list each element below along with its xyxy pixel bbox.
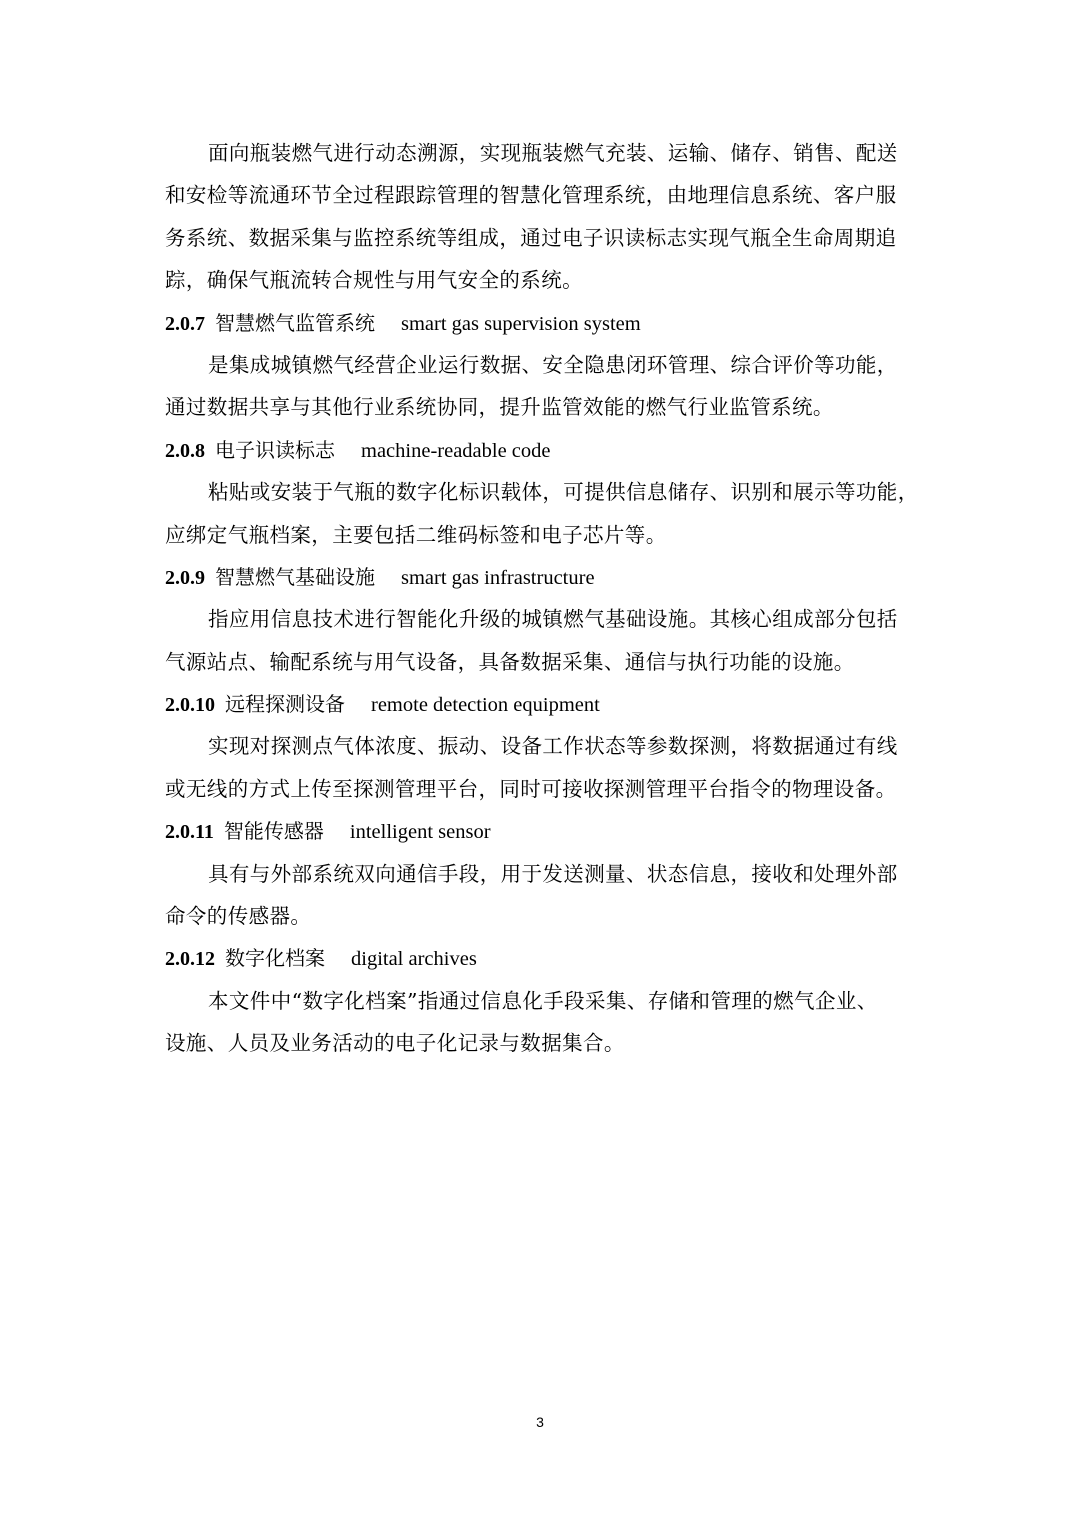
term-heading-2-0-8: 2.0.8电子识读标志machine-readable code [165,429,917,471]
term-english: intelligent sensor [350,821,491,843]
paragraph-line: 面向瓶装燃气进行动态溯源，实现瓶装燃气充装、运输、储存、销售、配送 [165,132,917,174]
term-chinese: 智慧燃气监管系统 [215,311,375,335]
paragraph-line: 踪，确保气瓶流转合规性与用气安全的系统。 [165,259,917,301]
term-english: remote detection equipment [371,694,600,716]
term-number: 2.0.11 [165,821,214,843]
paragraph-line: 粘贴或安装于气瓶的数字化标识载体，可提供信息储存、识别和展示等功能， [165,471,917,513]
paragraph-line: 和安检等流通环节全过程跟踪管理的智慧化管理系统，由地理信息系统、客户服 [165,174,917,216]
paragraph-digital-archives: 本文件中“数字化档案”指通过信息化手段采集、存储和管理的燃气企业、 设施、人员及… [165,980,917,1065]
term-english: machine-readable code [361,440,551,462]
paragraph-intelligent-sensor: 具有与外部系统双向通信手段，用于发送测量、状态信息，接收和处理外部 命令的传感器… [165,853,917,938]
paragraph-line: 命令的传感器。 [165,895,917,937]
paragraph-line: 是集成城镇燃气经营企业运行数据、安全隐患闭环管理、综合评价等功能， [165,344,917,386]
term-number: 2.0.12 [165,948,215,970]
term-chinese: 电子识读标志 [215,438,335,462]
term-number: 2.0.9 [165,567,205,589]
paragraph-machine-readable-code: 粘贴或安装于气瓶的数字化标识载体，可提供信息储存、识别和展示等功能， 应绑定气瓶… [165,471,917,556]
term-chinese: 数字化档案 [225,946,325,970]
document-page: 面向瓶装燃气进行动态溯源，实现瓶装燃气充装、运输、储存、销售、配送 和安检等流通… [165,132,917,1065]
page-number: 3 [0,1414,1080,1430]
term-heading-2-0-7: 2.0.7智慧燃气监管系统smart gas supervision syste… [165,302,917,344]
paragraph-smart-gas-infrastructure: 指应用信息技术进行智能化升级的城镇燃气基础设施。其核心组成部分包括 气源站点、输… [165,598,917,683]
paragraph-line: 指应用信息技术进行智能化升级的城镇燃气基础设施。其核心组成部分包括 [165,598,917,640]
paragraph-remote-detection-equipment: 实现对探测点气体浓度、振动、设备工作状态等参数探测，将数据通过有线 或无线的方式… [165,725,917,810]
paragraph-line: 通过数据共享与其他行业系统协同，提升监管效能的燃气行业监管系统。 [165,386,917,428]
term-heading-2-0-12: 2.0.12数字化档案digital archives [165,937,917,979]
paragraph-line: 设施、人员及业务活动的电子化记录与数据集合。 [165,1022,917,1064]
term-heading-2-0-10: 2.0.10远程探测设备remote detection equipment [165,683,917,725]
paragraph-line: 具有与外部系统双向通信手段，用于发送测量、状态信息，接收和处理外部 [165,853,917,895]
term-number: 2.0.10 [165,694,215,716]
paragraph-line: 本文件中“数字化档案”指通过信息化手段采集、存储和管理的燃气企业、 [165,980,917,1022]
term-english: smart gas supervision system [401,313,641,335]
paragraph-line: 应绑定气瓶档案，主要包括二维码标签和电子芯片等。 [165,514,917,556]
paragraph-line: 务系统、数据采集与监控系统等组成，通过电子识读标志实现气瓶全生命周期追 [165,217,917,259]
term-heading-2-0-11: 2.0.11智能传感器intelligent sensor [165,810,917,852]
paragraph-smart-gas-supervision: 是集成城镇燃气经营企业运行数据、安全隐患闭环管理、综合评价等功能， 通过数据共享… [165,344,917,429]
term-chinese: 智慧燃气基础设施 [215,565,375,589]
paragraph-bottled-gas-system: 面向瓶装燃气进行动态溯源，实现瓶装燃气充装、运输、储存、销售、配送 和安检等流通… [165,132,917,302]
paragraph-line: 或无线的方式上传至探测管理平台，同时可接收探测管理平台指令的物理设备。 [165,768,917,810]
term-chinese: 智能传感器 [224,819,324,843]
term-number: 2.0.7 [165,313,205,335]
term-english: smart gas infrastructure [401,567,595,589]
term-english: digital archives [351,948,477,970]
term-heading-2-0-9: 2.0.9智慧燃气基础设施smart gas infrastructure [165,556,917,598]
paragraph-line: 气源站点、输配系统与用气设备，具备数据采集、通信与执行功能的设施。 [165,641,917,683]
term-chinese: 远程探测设备 [225,692,345,716]
paragraph-line: 实现对探测点气体浓度、振动、设备工作状态等参数探测，将数据通过有线 [165,725,917,767]
term-number: 2.0.8 [165,440,205,462]
